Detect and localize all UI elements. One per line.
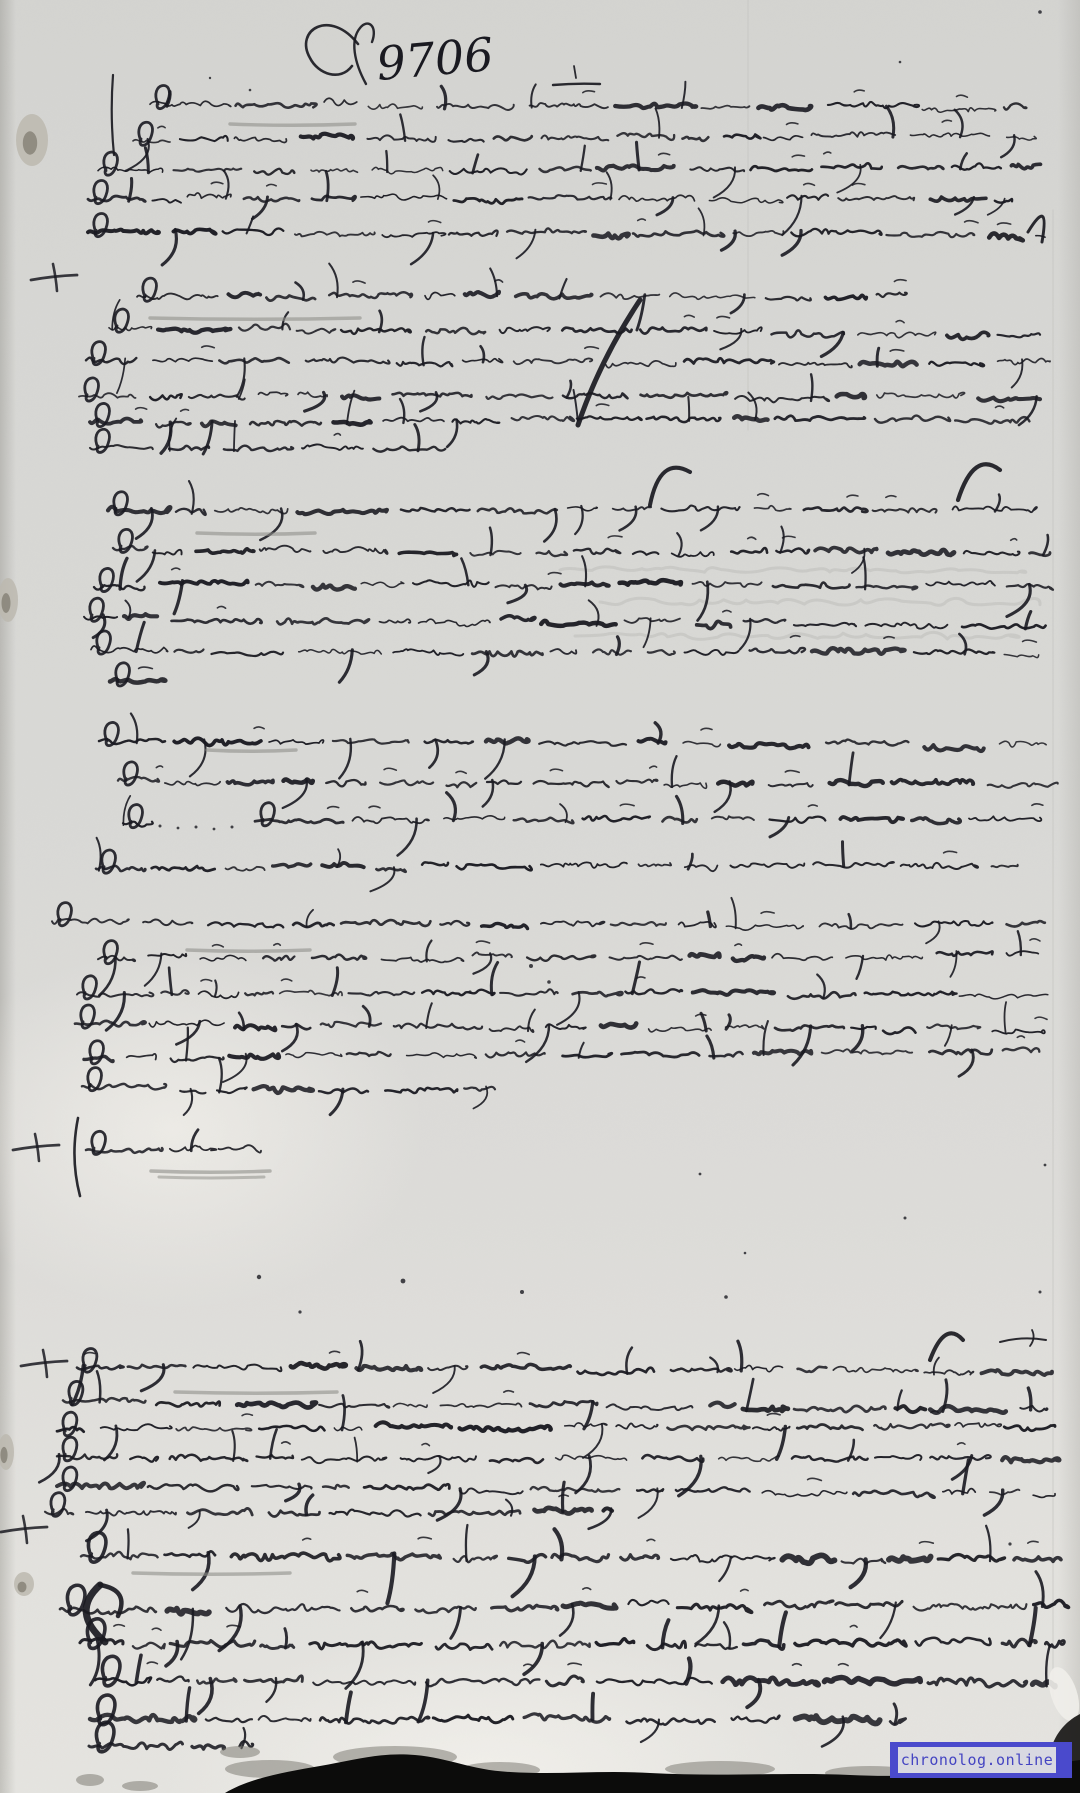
ascender-stroke (843, 842, 844, 867)
ink-speck (159, 825, 162, 828)
ink-speck (547, 980, 551, 984)
ink-speck (899, 61, 902, 64)
ink-speck (249, 89, 252, 92)
pencil-underline (230, 124, 355, 125)
ink-speck (209, 77, 211, 79)
watermark-panel: chronolog.online (898, 1747, 1056, 1773)
ink-speck (1008, 1542, 1011, 1545)
ink-speck (257, 1275, 261, 1279)
folio-number: 9706 (374, 27, 495, 91)
pencil-underline (133, 1573, 290, 1574)
ascender-stroke (386, 151, 387, 172)
ink-speck (699, 1173, 702, 1176)
handwriting-word (889, 1557, 931, 1561)
pencil-underline (151, 1171, 270, 1172)
edge-smudge (76, 1774, 104, 1786)
handwriting-word (196, 549, 254, 553)
ink-speck (744, 1252, 747, 1255)
pencil-underline (187, 950, 310, 951)
ascender-stroke (562, 1482, 564, 1512)
ink-speck (401, 1279, 406, 1284)
handwriting-layer: 9706 (0, 0, 1080, 1793)
watermark-badge: chronolog.online (890, 1742, 1072, 1778)
paper-damage-core (0, 1447, 7, 1463)
edge-smudge (122, 1781, 158, 1791)
ascender-stroke (592, 1694, 593, 1720)
ink-speck (1044, 1164, 1047, 1167)
ascender-stroke (234, 421, 235, 451)
flourish-stroke (553, 84, 600, 85)
watermark-text: chronolog.online (901, 1751, 1054, 1769)
handwriting-word (88, 230, 159, 234)
pencil-underline (197, 533, 315, 534)
handwriting-word (334, 421, 371, 425)
ink-speck (298, 1310, 301, 1313)
paper-grain (0, 0, 1080, 1793)
ink-speck (904, 1217, 907, 1220)
handwriting-word (620, 580, 681, 585)
ink-speck (177, 827, 180, 830)
ink-speck (724, 1295, 728, 1299)
ink-speck (195, 826, 198, 829)
manuscript-page: 9706 chronolog.online (0, 0, 1080, 1793)
ascender-stroke (688, 397, 689, 421)
ascender-stroke (128, 1529, 129, 1558)
ink-speck (520, 1290, 524, 1294)
pencil-underline (175, 1392, 337, 1393)
ink-speck (213, 828, 216, 831)
ascender-stroke (811, 374, 812, 401)
ink-speck (1039, 1291, 1042, 1294)
paper-damage-core (18, 1582, 27, 1593)
edge-smudge (220, 1746, 260, 1758)
handwriting-word (690, 954, 720, 957)
ink-speck (231, 826, 234, 829)
pencil-underline (150, 318, 360, 319)
ascender-stroke (877, 348, 879, 366)
pencil-underline (207, 750, 296, 751)
ink-speck (468, 990, 471, 993)
paper-damage-core (2, 593, 11, 613)
paper-damage-core (23, 131, 37, 154)
pencil-underline (159, 1177, 264, 1178)
ink-speck (1038, 10, 1042, 14)
ink-speck (529, 964, 533, 968)
